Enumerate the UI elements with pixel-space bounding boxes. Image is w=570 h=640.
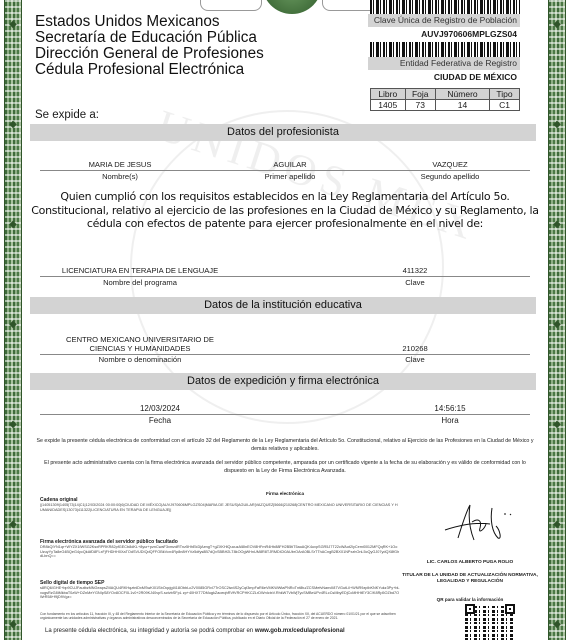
libro-value: 1405 xyxy=(371,100,406,111)
timestamp-value: s8RQ6/GHE+bp9CUJFautbzMNGeapsZ/ilAQU4RKH… xyxy=(40,586,400,600)
original-chain-block: Cadena original ||14051309|1405|73|14|C1… xyxy=(40,497,400,512)
decorative-border-left: ◆◆◆◆◆◆◆ xyxy=(4,0,22,640)
issue-time-value: 14:56:15 xyxy=(410,404,490,413)
signer-role: TITULAR DE LA UNIDAD DE ACTUALIZACIÓN NO… xyxy=(400,573,540,585)
document-header: Estados Unidos Mexicanos Secretaría de E… xyxy=(35,14,264,78)
verification-text: La presente cédula electrónica, su integ… xyxy=(45,628,345,634)
first-name-label: Nombre(s) xyxy=(60,172,180,181)
program-name-label: Nombre del programa xyxy=(40,278,240,287)
legal-footnote: Con fundamento en los artículos 11, frac… xyxy=(40,612,410,620)
underline xyxy=(40,414,530,415)
entity-barcode xyxy=(370,42,520,57)
qr-label: QR para validar la información xyxy=(400,597,540,602)
first-name-value: MARIA DE JESUS xyxy=(60,160,180,169)
issue-date-label: Fecha xyxy=(120,416,200,425)
advanced-signature-value: DR8kQIYN1qr+WYZX1fWSG2KsxRPRKR82pfGECb8d… xyxy=(40,545,400,559)
foja-value: 73 xyxy=(405,100,435,111)
last-name-1-value: AGUILAR xyxy=(230,160,350,169)
curp-barcode xyxy=(370,0,520,14)
legal-statement: Quien cumplió con los requisitos estable… xyxy=(30,190,540,231)
institution-code-value: 210268 xyxy=(385,344,445,353)
program-code-value: 411322 xyxy=(385,266,445,275)
verification-link[interactable]: www.gob.mx/cedulaprofesional xyxy=(255,628,345,634)
underline xyxy=(40,276,530,277)
entity-value: CIUDAD DE MÉXICO xyxy=(368,70,520,85)
issue-time-label: Hora xyxy=(410,416,490,425)
section-issuance: Datos de expedición y firma electrónica xyxy=(30,373,536,390)
curp-value: AUVJ970606MPLGZS04 xyxy=(368,27,520,42)
curp-label: Clave Única de Registro de Población xyxy=(368,14,520,27)
original-chain-value: ||14051309|1405|73|14|C1|12/03/2024 00:0… xyxy=(40,503,400,512)
qr-finder-icon xyxy=(465,604,475,614)
timestamp-block: Sello digital de tiempo SEP s8RQ6/GHE+bp… xyxy=(40,580,400,600)
col-tipo: Tipo xyxy=(490,89,520,100)
col-libro: Libro xyxy=(371,89,406,100)
institution-code-label: Clave xyxy=(385,355,445,364)
entity-label: Entidad Federativa de Registro xyxy=(368,57,520,70)
registry-table: Libro Foja Número Tipo 1405 73 14 C1 xyxy=(370,88,520,111)
last-name-2-value: VAZQUEZ xyxy=(390,160,510,169)
underline xyxy=(40,170,530,171)
qr-finder-icon xyxy=(505,604,515,614)
registry-box: Clave Única de Registro de Población AUV… xyxy=(368,0,520,111)
institution-name-line2: CIENCIAS Y HUMANIDADES xyxy=(40,344,240,353)
advanced-signature-block: Firma electrónica avanzada del servidor … xyxy=(40,539,400,559)
section-professional: Datos del profesionista xyxy=(30,124,536,141)
last-name-2-label: Segundo apellido xyxy=(390,172,510,181)
header-line: Estados Unidos Mexicanos xyxy=(35,14,264,30)
seal-ribbon-left xyxy=(200,0,262,11)
program-code-label: Clave xyxy=(385,278,445,287)
verification-prefix: La presente cédula electrónica, su integ… xyxy=(45,628,253,634)
signer-name: LIC. CARLOS ALBERTO PUGA ROLIO xyxy=(400,560,540,565)
tipo-value: C1 xyxy=(490,100,520,111)
header-line: Secretaría de Educación Pública xyxy=(35,30,264,46)
issuance-paragraph-1: Se expide la presente cédula electrónica… xyxy=(35,437,535,453)
last-name-1-label: Primer apellido xyxy=(230,172,350,181)
col-numero: Número xyxy=(435,89,489,100)
issue-date-value: 12/03/2024 xyxy=(120,404,200,413)
numero-value: 14 xyxy=(435,100,489,111)
decorative-border-right: ◆◆◆◆◆◆◆ xyxy=(548,0,566,640)
handwritten-signature xyxy=(440,500,520,545)
program-name-value: LICENCIATURA EN TERAPIA DE LENGUAJE xyxy=(40,266,240,275)
esignature-title: Firma electrónica xyxy=(0,491,570,496)
section-institution: Datos de la institución educativa xyxy=(30,297,536,314)
col-foja: Foja xyxy=(405,89,435,100)
header-line: Cédula Profesional Electrónica xyxy=(35,62,264,78)
header-line: Dirección General de Profesiones xyxy=(35,46,264,62)
institution-name-label: Nombre o denominación xyxy=(40,355,240,364)
coat-of-arms-seal xyxy=(262,0,322,14)
institution-name-line1: CENTRO MEXICANO UNIVERSITARIO DE xyxy=(40,335,240,344)
issued-to-label: Se expide a: xyxy=(35,109,99,121)
issuance-paragraph-2: El presente acto administrativo cuenta c… xyxy=(35,459,535,475)
